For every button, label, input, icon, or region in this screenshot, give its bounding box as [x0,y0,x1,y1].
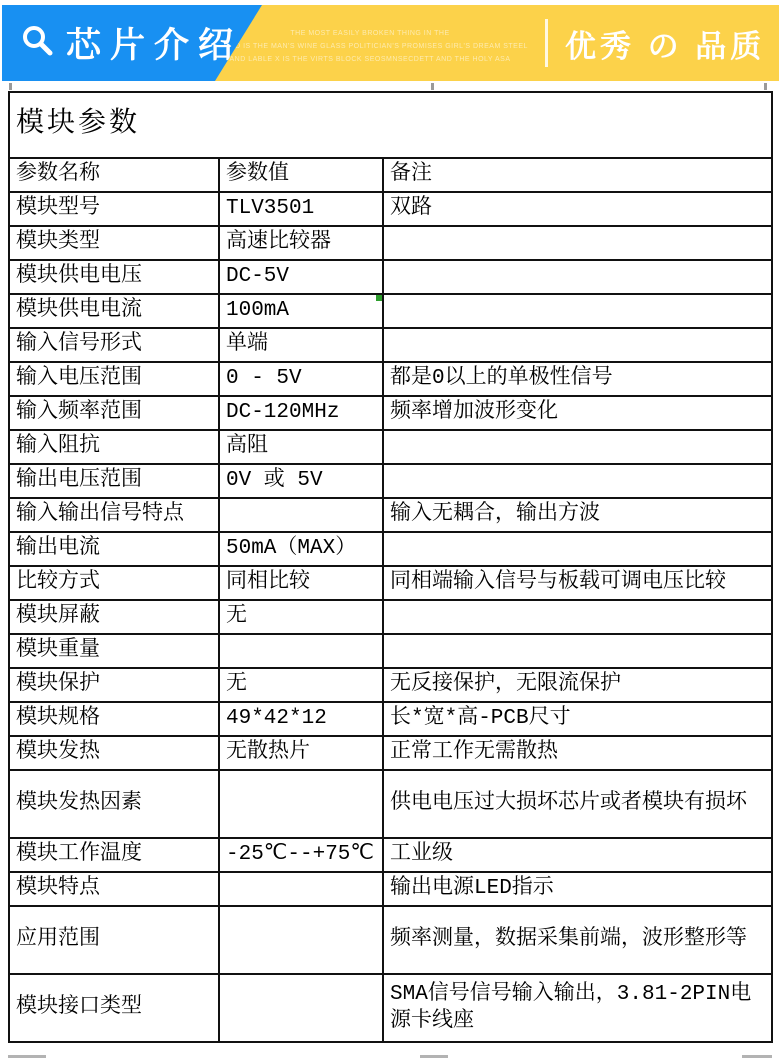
table-title-row: 模块参数 [9,92,772,158]
table-row: 输入信号形式 单端 [9,328,772,362]
param-value-cell: -25℃--+75℃ [219,838,383,872]
param-note-cell: SMA信号信号输入输出，3.81-2PIN电源卡线座 [383,974,772,1042]
column-header-value: 参数值 [219,158,383,192]
table-header-row: 参数名称 参数值 备注 [9,158,772,192]
table-row: 输出电压范围 0V 或 5V [9,464,772,498]
param-value-cell [219,906,383,974]
param-name-cell: 模块供电电压 [9,260,219,294]
header-divider [545,19,548,67]
table-title: 模块参数 [9,92,772,158]
param-value-cell: 无 [219,600,383,634]
param-value-cell: 高阻 [219,430,383,464]
param-note-cell: 频率测量，数据采集前端，波形整形等 [383,906,772,974]
chip-intro-tab: 芯片介绍 [2,5,264,81]
table-row: 模块保护 无 无反接保护，无限流保护 [9,668,772,702]
table-row: 模块供电电流 100mA [9,294,772,328]
param-value-cell: 0V 或 5V [219,464,383,498]
table-row: 模块屏蔽 无 [9,600,772,634]
param-note-cell [383,226,772,260]
param-note-cell: 同相端输入信号与板载可调电压比较 [383,566,772,600]
param-name-cell: 输出电流 [9,532,219,566]
param-value-cell [219,974,383,1042]
param-name-cell: 比较方式 [9,566,219,600]
param-note-cell [383,464,772,498]
param-value-cell [219,770,383,838]
magnifier-icon [20,23,56,64]
param-name-cell: 模块供电电流 [9,294,219,328]
table-row: 模块发热因素 供电电压过大损坏芯片或者模块有损坏 [9,770,772,838]
param-note-cell [383,430,772,464]
param-name-cell: 模块接口类型 [9,974,219,1042]
table-row: 输入输出信号特点 输入无耦合，输出方波 [9,498,772,532]
scan-dash [8,1055,46,1058]
param-note-cell: 频率增加波形变化 [383,396,772,430]
table-row: 模块类型 高速比较器 [9,226,772,260]
table-row: 模块发热 无散热片 正常工作无需散热 [9,736,772,770]
param-note-cell: 长*宽*高-PCB尺寸 [383,702,772,736]
param-note-cell [383,294,772,328]
param-table-body: 模块参数 参数名称 参数值 备注 模块型号 TLV3501 双路 模块类型 高速… [9,92,772,1042]
param-value-cell: 0 - 5V [219,362,383,396]
param-value-cell: DC-5V [219,260,383,294]
quality-slogan: 优秀 の 品质 [565,5,765,81]
table-row: 模块重量 [9,634,772,668]
scan-dash [742,1055,772,1058]
fine-print-line: WORLD IS THE MAN'S WINE GLASS POLITICIAN… [205,40,535,53]
param-value-cell: DC-120MHz [219,396,383,430]
chip-intro-label: 芯片介绍 [66,18,242,68]
param-name-cell: 模块型号 [9,192,219,226]
scan-dash [420,1055,448,1058]
scan-tick [9,83,12,90]
param-name-cell: 模块发热 [9,736,219,770]
table-row: 模块规格 49*42*12 长*宽*高-PCB尺寸 [9,702,772,736]
param-name-cell: 输入输出信号特点 [9,498,219,532]
param-name-cell: 模块屏蔽 [9,600,219,634]
param-note-cell: 双路 [383,192,772,226]
param-note-cell: 无反接保护，无限流保护 [383,668,772,702]
param-name-cell: 输入阻抗 [9,430,219,464]
param-value-cell [219,498,383,532]
param-name-cell: 模块保护 [9,668,219,702]
table-row: 输入频率范围 DC-120MHz 频率增加波形变化 [9,396,772,430]
module-parameters-table: 模块参数 参数名称 参数值 备注 模块型号 TLV3501 双路 模块类型 高速… [8,91,773,1043]
param-value-cell: 单端 [219,328,383,362]
scan-tick [764,83,767,90]
table-row: 输入电压范围 0 - 5V 都是0以上的单极性信号 [9,362,772,396]
param-name-cell: 模块规格 [9,702,219,736]
param-note-cell [383,600,772,634]
scan-tick [431,83,434,90]
fine-print-line: THE MOST EASILY BROKEN THING IN THE [205,27,535,40]
param-value-cell: 无 [219,668,383,702]
header-banner: THE MOST EASILY BROKEN THING IN THE WORL… [2,5,779,81]
param-note-cell [383,634,772,668]
param-value-cell [219,634,383,668]
param-value-cell: TLV3501 [219,192,383,226]
table-row: 模块供电电压 DC-5V [9,260,772,294]
param-note-cell: 正常工作无需散热 [383,736,772,770]
param-name-cell: 输入频率范围 [9,396,219,430]
param-value-cell: 49*42*12 [219,702,383,736]
param-value-cell: 100mA [219,294,383,328]
param-name-cell: 模块工作温度 [9,838,219,872]
param-note-cell: 输入无耦合，输出方波 [383,498,772,532]
param-value-cell: 无散热片 [219,736,383,770]
param-name-cell: 模块类型 [9,226,219,260]
param-name-cell: 输出电压范围 [9,464,219,498]
param-note-cell: 都是0以上的单极性信号 [383,362,772,396]
param-value-cell [219,872,383,906]
param-name-cell: 模块发热因素 [9,770,219,838]
table-row: 应用范围 频率测量，数据采集前端，波形整形等 [9,906,772,974]
param-note-cell: 供电电压过大损坏芯片或者模块有损坏 [383,770,772,838]
table-row: 模块接口类型 SMA信号信号输入输出，3.81-2PIN电源卡线座 [9,974,772,1042]
param-name-cell: 模块重量 [9,634,219,668]
param-note-cell [383,260,772,294]
fine-print-line: AND LABLE X IS THE VIRTS BLOCK SEOSMNSEC… [205,53,535,66]
param-note-cell: 工业级 [383,838,772,872]
param-name-cell: 应用范围 [9,906,219,974]
decorative-fine-print: THE MOST EASILY BROKEN THING IN THE WORL… [205,27,535,66]
param-value-cell: 高速比较器 [219,226,383,260]
param-value-cell: 同相比较 [219,566,383,600]
param-note-cell: 输出电源LED指示 [383,872,772,906]
param-note-cell [383,328,772,362]
table-row: 输出电流 50mA（MAX） [9,532,772,566]
table-row: 模块型号 TLV3501 双路 [9,192,772,226]
param-value-cell: 50mA（MAX） [219,532,383,566]
param-name-cell: 输入电压范围 [9,362,219,396]
column-header-name: 参数名称 [9,158,219,192]
param-name-cell: 输入信号形式 [9,328,219,362]
table-row: 输入阻抗 高阻 [9,430,772,464]
param-name-cell: 模块特点 [9,872,219,906]
table-row: 模块工作温度 -25℃--+75℃ 工业级 [9,838,772,872]
param-note-cell [383,532,772,566]
table-row: 比较方式 同相比较 同相端输入信号与板载可调电压比较 [9,566,772,600]
table-row: 模块特点 输出电源LED指示 [9,872,772,906]
column-header-note: 备注 [383,158,772,192]
